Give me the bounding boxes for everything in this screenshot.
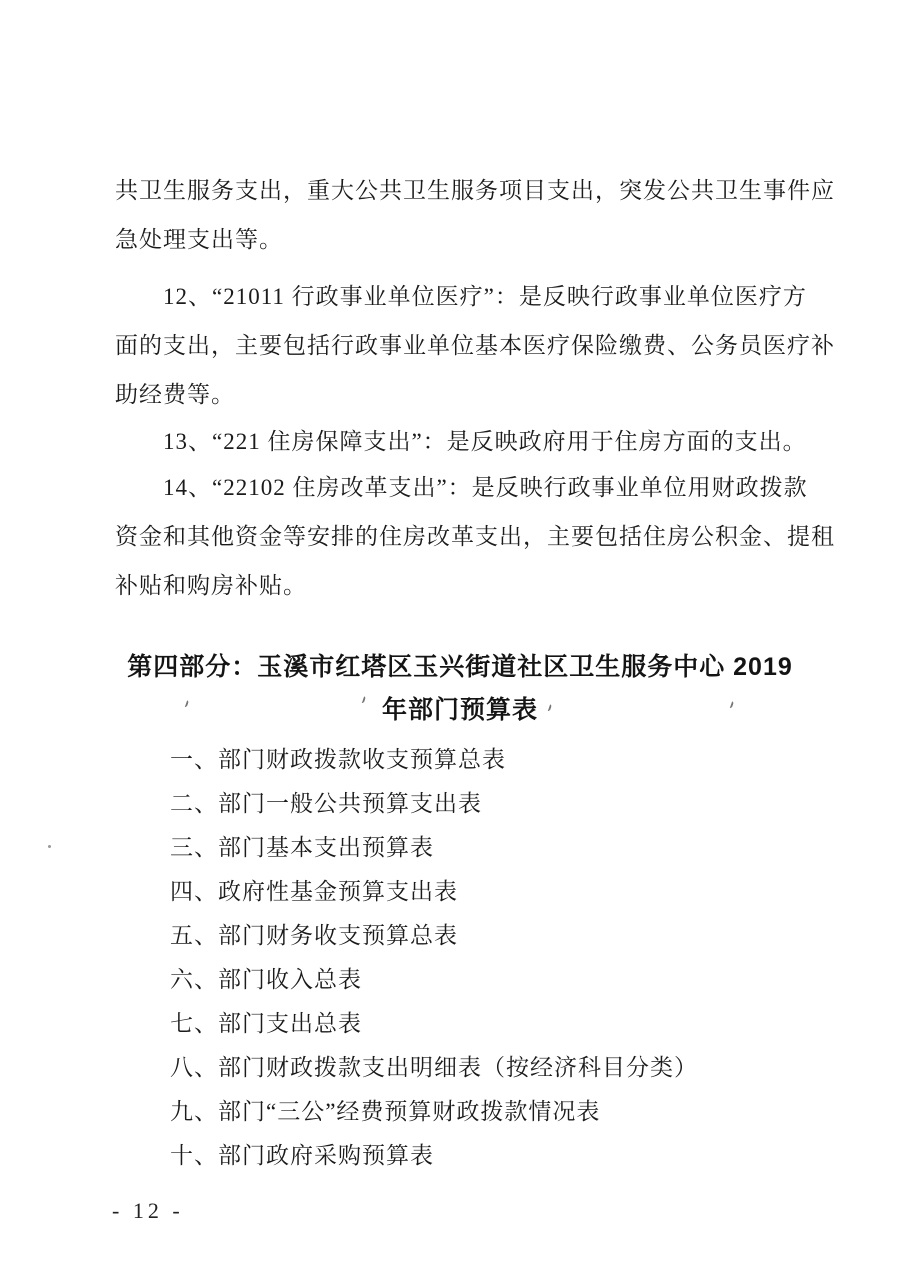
paragraph-line: 14、“22102 住房改革支出”：是反映行政事业单位用财政拨款 <box>115 463 835 512</box>
paragraph-item-13-housing-security: 13、“221 住房保障支出”：是反映政府用于住房方面的支出。 <box>115 417 835 466</box>
paragraph-item-14-housing-reform: 14、“22102 住房改革支出”：是反映行政事业单位用财政拨款 资金和其他资金… <box>115 463 835 610</box>
section-heading-line-1: 第四部分：玉溪市红塔区玉兴街道社区卫生服务中心 2019 <box>105 646 815 689</box>
budget-table-item-6: 六、部门收入总表 <box>170 958 850 1002</box>
scan-artifact-dot <box>48 845 51 848</box>
paragraph-line: 共卫生服务支出，重大公共卫生服务项目支出，突发公共卫生事件应 <box>115 166 835 215</box>
budget-table-item-5: 五、部门财务收支预算总表 <box>170 914 850 958</box>
budget-table-item-3: 三、部门基本支出预算表 <box>170 826 850 870</box>
budget-table-item-1: 一、部门财政拨款收支预算总表 <box>170 738 850 782</box>
document-page: 共卫生服务支出，重大公共卫生服务项目支出，突发公共卫生事件应 急处理支出等。 1… <box>0 0 910 1287</box>
paragraph-line: 13、“221 住房保障支出”：是反映政府用于住房方面的支出。 <box>115 417 835 466</box>
paragraph-public-health-continuation: 共卫生服务支出，重大公共卫生服务项目支出，突发公共卫生事件应 急处理支出等。 <box>115 166 835 264</box>
budget-table-item-10: 十、部门政府采购预算表 <box>170 1134 850 1178</box>
paragraph-line: 12、“21011 行政事业单位医疗”：是反映行政事业单位医疗方 <box>115 272 835 321</box>
budget-table-item-9: 九、部门“三公”经费预算财政拨款情况表 <box>170 1090 850 1134</box>
budget-table-item-8: 八、部门财政拨款支出明细表（按经济科目分类） <box>170 1046 850 1090</box>
section-heading-part-four: 第四部分：玉溪市红塔区玉兴街道社区卫生服务中心 2019 年部门预算表 <box>105 646 815 732</box>
paragraph-line: 补贴和购房补贴。 <box>115 561 835 610</box>
budget-table-item-2: 二、部门一般公共预算支出表 <box>170 782 850 826</box>
budget-table-item-7: 七、部门支出总表 <box>170 1002 850 1046</box>
paragraph-line: 助经费等。 <box>115 370 835 419</box>
paragraph-line: 急处理支出等。 <box>115 215 835 264</box>
paragraph-line: 面的支出，主要包括行政事业单位基本医疗保险缴费、公务员医疗补 <box>115 321 835 370</box>
paragraph-line: 资金和其他资金等安排的住房改革支出，主要包括住房公积金、提租 <box>115 512 835 561</box>
budget-table-item-4: 四、政府性基金预算支出表 <box>170 870 850 914</box>
section-heading-line-2: 年部门预算表 <box>105 689 815 732</box>
page-number: - 12 - <box>112 1198 184 1224</box>
budget-table-list: 一、部门财政拨款收支预算总表 二、部门一般公共预算支出表 三、部门基本支出预算表… <box>170 738 850 1178</box>
paragraph-item-12-administrative-medical: 12、“21011 行政事业单位医疗”：是反映行政事业单位医疗方 面的支出，主要… <box>115 272 835 419</box>
